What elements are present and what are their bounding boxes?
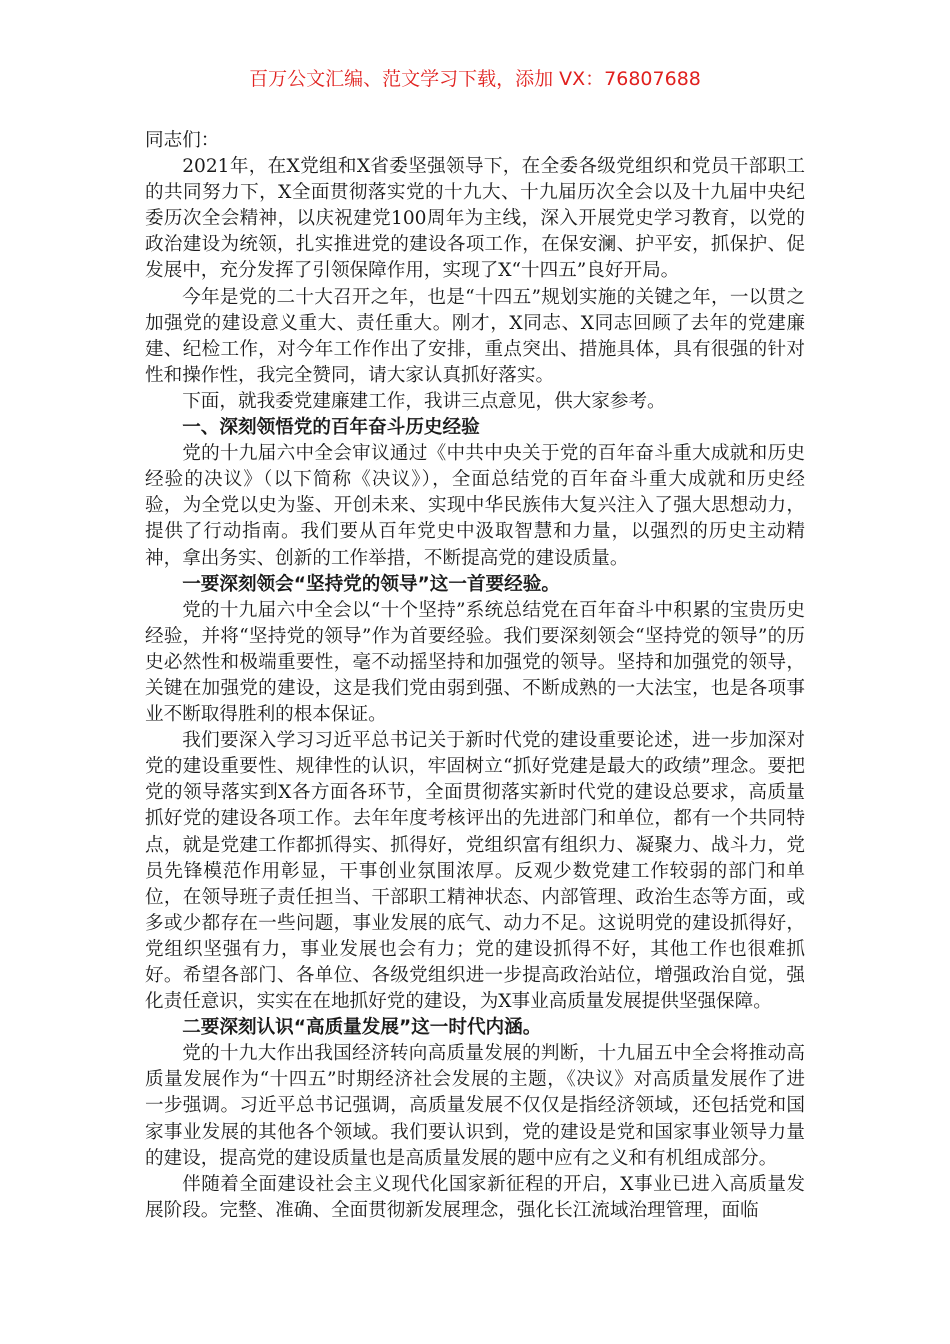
- document-page: 百万公文汇编、范文学习下载，添加 VX：76807688 同志们： 2021年，…: [0, 0, 950, 1344]
- paragraph: 2021年，在X党组和X省委坚强领导下，在全委各级党组织和党员干部职工的共同努力…: [145, 154, 805, 284]
- document-body: 同志们： 2021年，在X党组和X省委坚强领导下，在全委各级党组织和党员干部职工…: [145, 128, 805, 1224]
- section-heading: 一、深刻领悟党的百年奋斗历史经验: [145, 415, 805, 441]
- watermark-banner: 百万公文汇编、范文学习下载，添加 VX：76807688: [0, 64, 950, 94]
- paragraph: 今年是党的二十大召开之年，也是“十四五”规划实施的关键之年，一以贯之加强党的建设…: [145, 285, 805, 389]
- subsection-heading: 一要深刻领会“坚持党的领导”这一首要经验。: [145, 572, 805, 598]
- paragraph: 党的十九届六中全会审议通过《中共中央关于党的百年奋斗重大成就和历史经验的决议》（…: [145, 441, 805, 571]
- paragraph: 伴随着全面建设社会主义现代化国家新征程的开启，X事业已进入高质量发展阶段。完整、…: [145, 1172, 805, 1224]
- paragraph: 党的十九大作出我国经济转向高质量发展的判断，十九届五中全会将推动高质量发展作为“…: [145, 1041, 805, 1171]
- salutation: 同志们：: [145, 128, 805, 154]
- paragraph: 我们要深入学习习近平总书记关于新时代党的建设重要论述，进一步加深对党的建设重要性…: [145, 728, 805, 1015]
- paragraph: 下面，就我委党建廉建工作，我讲三点意见，供大家参考。: [145, 389, 805, 415]
- paragraph: 党的十九届六中全会以“十个坚持”系统总结党在百年奋斗中积累的宝贵历史经验，并将“…: [145, 598, 805, 728]
- subsection-heading: 二要深刻认识“高质量发展”这一时代内涵。: [145, 1015, 805, 1041]
